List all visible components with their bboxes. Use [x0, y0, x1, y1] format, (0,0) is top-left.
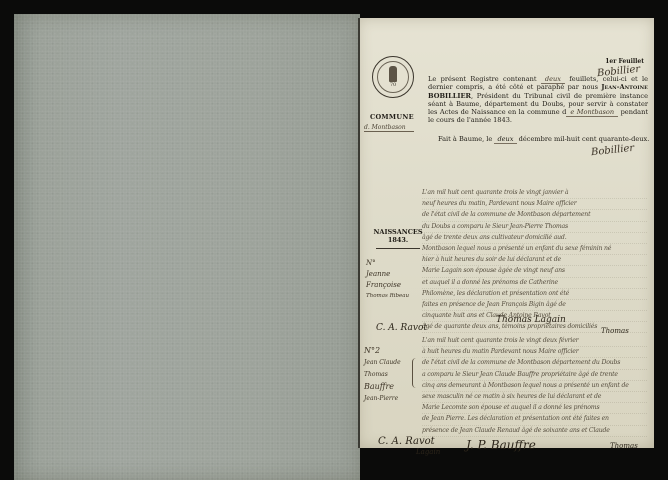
section-title: NAISSANCES	[370, 228, 426, 236]
act-line: à huit heures du matin Pardevant nous Ma…	[422, 347, 647, 358]
section-rule	[376, 248, 420, 249]
signature: J. P. Bauffre	[466, 438, 536, 452]
section-year: 1843.	[370, 236, 426, 244]
fait-suffix: décembre mil-huit cent quarante-deux.	[519, 135, 650, 143]
act-line: présence de Jean Claude Renaud âgé de so…	[422, 426, 647, 437]
act-line: a comparu le Sieur Jean Claude Bauffre p…	[422, 370, 647, 381]
act-line: Marie Lagain son épouse âgée de vingt ne…	[422, 266, 647, 277]
signature: Lagain	[416, 448, 440, 456]
section-heading: NAISSANCES 1843.	[370, 228, 426, 249]
stamp-value: 70	[390, 82, 396, 88]
signature: Thomas Lagain	[496, 315, 566, 325]
act-line: et auquel il a donné les prénoms de Cath…	[422, 278, 647, 289]
margin-note-line: Thomas Ribeau	[366, 291, 420, 302]
preamble-text-1: Le présent Registre contenant	[428, 75, 537, 83]
signature: C. A. Ravot	[376, 323, 427, 333]
fait-day: deux	[494, 135, 516, 144]
signature: Thomas	[610, 442, 638, 450]
president-last-name: BOBILLIER	[428, 92, 471, 100]
margin-note-line: Jean-Pierre	[364, 393, 420, 405]
register-cover-sheet	[14, 14, 360, 480]
margin-note-line: N°	[366, 258, 420, 269]
margin-bracket	[412, 358, 418, 388]
act-line: de l'état civil de la commune de Montbas…	[422, 358, 647, 369]
stamp-inner: 70	[377, 61, 409, 93]
commune-value: d. Montbason	[364, 124, 414, 132]
fait-a-baume: Fait à Baume, le deux décembre mil-huit …	[438, 135, 649, 143]
register-page: 70 COMMUNE d. Montbason 1er Feuillet Bob…	[358, 18, 654, 448]
president-first-name: Jean-Antoine	[601, 83, 648, 91]
signature: C. A. Ravot	[378, 436, 435, 447]
royal-stamp-icon: 70	[372, 56, 414, 98]
register-preamble: Le présent Registre contenant deux feuil…	[428, 75, 648, 125]
act-line: hier à huit heures du soir de lui déclar…	[422, 255, 647, 266]
act-line: neuf heures du matin, Pardevant nous Mai…	[422, 199, 647, 210]
birth-act-1: L'an mil huit cent quarante trois le vin…	[422, 188, 647, 320]
birth-act-2: L'an mil huit cent quarante trois le vin…	[422, 336, 647, 432]
act-line: de Jean Pierre. Les déclaration et prése…	[422, 414, 647, 425]
act-line: du Doubs a comparu le Sieur Jean-Pierre …	[422, 222, 647, 233]
margin-note-line: N°2	[364, 345, 420, 357]
act-line: Marie Lecomte son épouse et auquel il a …	[422, 403, 647, 414]
fait-prefix: Fait à Baume, le	[438, 135, 492, 143]
commune-label: COMMUNE	[370, 113, 414, 121]
act-line: L'an mil huit cent quarante trois le vin…	[422, 188, 647, 199]
margin-note-1: N° Jeanne Françoise Thomas Ribeau	[366, 258, 420, 302]
act-line: sexe masculin né ce matin à six heures d…	[422, 392, 647, 403]
act-line: âgé de trente deux ans cultivateur domic…	[422, 233, 647, 244]
commune-fill: e Montbason	[566, 108, 618, 117]
act-line: faites en présence de Jean François Bigi…	[422, 300, 647, 311]
margin-note-line: Françoise	[366, 280, 420, 291]
act-line: cinq ans demeurant à Montbason lequel no…	[422, 381, 647, 392]
act-line: L'an mil huit cent quarante trois le vin…	[422, 336, 647, 347]
act-line: Montbason lequel nous a présenté un enfa…	[422, 244, 647, 255]
page-edge-line	[358, 18, 360, 448]
stamp-figure-icon	[389, 66, 397, 82]
margin-note-line: Jeanne	[366, 269, 420, 280]
act-line: Philomène, les déclaration et présentati…	[422, 289, 647, 300]
president-signature-mid: Bobillier	[590, 143, 634, 158]
act-line: de l'état civil de la commune de Montbas…	[422, 210, 647, 221]
signature: Thomas	[601, 327, 629, 335]
